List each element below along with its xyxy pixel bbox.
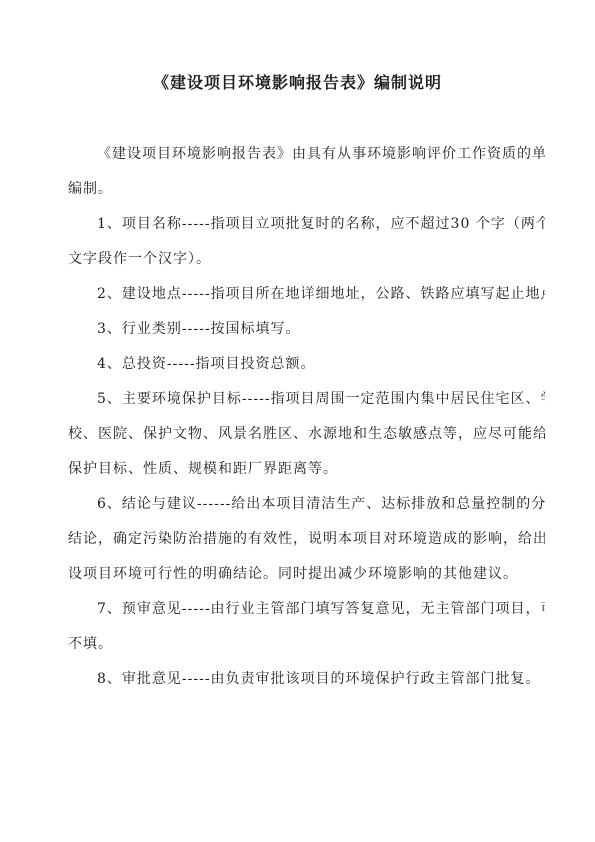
text-line: 7、预审意见-----由行业主管部门填写答复意见，无主管部门项目，可 xyxy=(68,592,545,627)
text-line: 保护目标、性质、规模和距厂界距离等。 xyxy=(68,452,545,487)
text-line: 《建设项目环境影响报告表》由具有从事环境影响评价工作资质的单位 xyxy=(68,137,545,172)
text-line: 校、医院、保护文物、风景名胜区、水源地和生态敏感点等，应尽可能给出 xyxy=(68,417,545,452)
text-line: 6、结论与建议------给出本项目清洁生产、达标排放和总量控制的分析 xyxy=(68,487,545,522)
text-line: 设项目环境可行性的明确结论。同时提出减少环境影响的其他建议。 xyxy=(68,557,545,592)
text-line: 2、建设地点-----指项目所在地详细地址，公路、铁路应填写起止地点。 xyxy=(68,277,545,312)
document-title: 《建设项目环境影响报告表》编制说明 xyxy=(0,71,595,95)
text-line: 4、总投资-----指项目投资总额。 xyxy=(68,347,545,382)
text-line: 5、主要环境保护目标-----指项目周围一定范围内集中居民住宅区、学 xyxy=(68,382,545,417)
text-line: 3、行业类别-----按国标填写。 xyxy=(68,312,545,347)
text-line: 编制。 xyxy=(68,172,545,207)
text-line: 8、审批意见-----由负责审批该项目的环境保护行政主管部门批复。 xyxy=(68,662,545,697)
text-line: 文字段作一个汉字）。 xyxy=(68,242,545,277)
document-page: 《建设项目环境影响报告表》编制说明 《建设项目环境影响报告表》由具有从事环境影响… xyxy=(0,0,595,842)
text-line: 不填。 xyxy=(68,627,545,662)
document-body: 《建设项目环境影响报告表》由具有从事环境影响评价工作资质的单位 编制。 1、项目… xyxy=(68,137,545,697)
text-line: 1、项目名称-----指项目立项批复时的名称，应不超过30 个字（两个英 xyxy=(68,207,545,242)
text-line: 结论，确定污染防治措施的有效性，说明本项目对环境造成的影响，给出建 xyxy=(68,522,545,557)
